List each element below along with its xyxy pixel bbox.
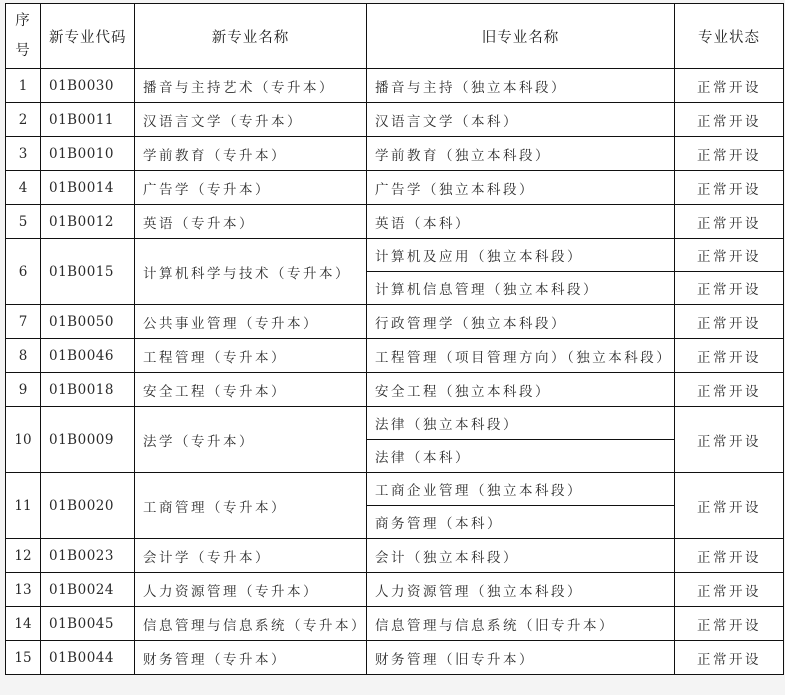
header-seq-line2: 号	[15, 43, 31, 59]
major-mapping-table-container: 序号 新专业代码 新专业名称 旧专业名称 专业状态 1 01B0030 播音与主…	[5, 3, 783, 675]
table-row: 14 01B0045 信息管理与信息系统（专升本） 信息管理与信息系统（旧专升本…	[6, 607, 784, 641]
table-row: 13 01B0024 人力资源管理（专升本） 人力资源管理（独立本科段） 正常开…	[6, 573, 784, 607]
cell-old-name: 学前教育（独立本科段）	[367, 137, 675, 171]
table-row: 3 01B0010 学前教育（专升本） 学前教育（独立本科段） 正常开设	[6, 137, 784, 171]
cell-status: 正常开设	[675, 69, 784, 103]
header-seq-line1: 序	[15, 13, 31, 29]
cell-status: 正常开设	[675, 305, 784, 339]
cell-code: 01B0014	[41, 171, 135, 205]
cell-status: 正常开设	[675, 171, 784, 205]
cell-code: 01B0050	[41, 305, 135, 339]
cell-seq: 14	[6, 607, 41, 641]
cell-old-name: 信息管理与信息系统（旧专升本）	[367, 607, 675, 641]
cell-code: 01B0046	[41, 339, 135, 373]
cell-code: 01B0044	[41, 641, 135, 675]
table-row: 4 01B0014 广告学（专升本） 广告学（独立本科段） 正常开设	[6, 171, 784, 205]
cell-code: 01B0045	[41, 607, 135, 641]
cell-new-name: 工商管理（专升本）	[135, 473, 367, 539]
cell-code: 01B0020	[41, 473, 135, 539]
cell-new-name: 广告学（专升本）	[135, 171, 367, 205]
cell-old-name: 广告学（独立本科段）	[367, 171, 675, 205]
major-mapping-table: 序号 新专业代码 新专业名称 旧专业名称 专业状态 1 01B0030 播音与主…	[5, 3, 784, 675]
cell-seq: 10	[6, 407, 41, 473]
table-header-row: 序号 新专业代码 新专业名称 旧专业名称 专业状态	[6, 4, 784, 69]
cell-seq: 4	[6, 171, 41, 205]
cell-old-name: 财务管理（旧专升本）	[367, 641, 675, 675]
cell-code: 01B0030	[41, 69, 135, 103]
cell-status: 正常开设	[675, 407, 784, 473]
cell-seq: 6	[6, 239, 41, 305]
header-seq: 序号	[6, 4, 41, 69]
cell-new-name: 信息管理与信息系统（专升本）	[135, 607, 367, 641]
cell-seq: 7	[6, 305, 41, 339]
table-row: 1 01B0030 播音与主持艺术（专升本） 播音与主持（独立本科段） 正常开设	[6, 69, 784, 103]
cell-code: 01B0012	[41, 205, 135, 239]
cell-code: 01B0015	[41, 239, 135, 305]
cell-old-name: 安全工程（独立本科段）	[367, 373, 675, 407]
cell-status: 正常开设	[675, 473, 784, 539]
table-row: 6 01B0015 计算机科学与技术（专升本） 计算机及应用（独立本科段） 正常…	[6, 239, 784, 272]
table-row: 10 01B0009 法学（专升本） 法律（独立本科段） 正常开设	[6, 407, 784, 440]
cell-old-name: 法律（本科）	[367, 440, 675, 473]
cell-new-name: 财务管理（专升本）	[135, 641, 367, 675]
cell-new-name: 法学（专升本）	[135, 407, 367, 473]
table-row: 15 01B0044 财务管理（专升本） 财务管理（旧专升本） 正常开设	[6, 641, 784, 675]
cell-code: 01B0009	[41, 407, 135, 473]
cell-new-name: 会计学（专升本）	[135, 539, 367, 573]
cell-status: 正常开设	[675, 339, 784, 373]
cell-new-name: 学前教育（专升本）	[135, 137, 367, 171]
cell-new-name: 工程管理（专升本）	[135, 339, 367, 373]
table-row: 12 01B0023 会计学（专升本） 会计（独立本科段） 正常开设	[6, 539, 784, 573]
cell-code: 01B0010	[41, 137, 135, 171]
cell-old-name: 工程管理（项目管理方向）（独立本科段）	[367, 339, 675, 373]
cell-seq: 11	[6, 473, 41, 539]
cell-status: 正常开设	[675, 539, 784, 573]
cell-old-name: 会计（独立本科段）	[367, 539, 675, 573]
cell-seq: 2	[6, 103, 41, 137]
table-row: 9 01B0018 安全工程（专升本） 安全工程（独立本科段） 正常开设	[6, 373, 784, 407]
header-new-code: 新专业代码	[41, 4, 135, 69]
cell-status: 正常开设	[675, 607, 784, 641]
cell-old-name: 英语（本科）	[367, 205, 675, 239]
cell-old-name: 计算机及应用（独立本科段）	[367, 239, 675, 272]
cell-seq: 12	[6, 539, 41, 573]
cell-new-name: 播音与主持艺术（专升本）	[135, 69, 367, 103]
header-new-name: 新专业名称	[135, 4, 367, 69]
cell-status: 正常开设	[675, 573, 784, 607]
cell-seq: 8	[6, 339, 41, 373]
cell-old-name: 计算机信息管理（独立本科段）	[367, 272, 675, 305]
cell-code: 01B0011	[41, 103, 135, 137]
cell-status: 正常开设	[675, 103, 784, 137]
header-status: 专业状态	[675, 4, 784, 69]
cell-new-name: 人力资源管理（专升本）	[135, 573, 367, 607]
cell-new-name: 英语（专升本）	[135, 205, 367, 239]
cell-old-name: 法律（独立本科段）	[367, 407, 675, 440]
cell-old-name: 工商企业管理（独立本科段）	[367, 473, 675, 506]
cell-seq: 15	[6, 641, 41, 675]
cell-old-name: 播音与主持（独立本科段）	[367, 69, 675, 103]
header-old-name: 旧专业名称	[367, 4, 675, 69]
cell-code: 01B0024	[41, 573, 135, 607]
cell-seq: 3	[6, 137, 41, 171]
cell-old-name: 人力资源管理（独立本科段）	[367, 573, 675, 607]
cell-new-name: 公共事业管理（专升本）	[135, 305, 367, 339]
cell-code: 01B0023	[41, 539, 135, 573]
table-row: 2 01B0011 汉语言文学（专升本） 汉语言文学（本科） 正常开设	[6, 103, 784, 137]
cell-status: 正常开设	[675, 641, 784, 675]
table-row: 7 01B0050 公共事业管理（专升本） 行政管理学（独立本科段） 正常开设	[6, 305, 784, 339]
cell-seq: 5	[6, 205, 41, 239]
cell-status: 正常开设	[675, 137, 784, 171]
cell-seq: 9	[6, 373, 41, 407]
table-row: 8 01B0046 工程管理（专升本） 工程管理（项目管理方向）（独立本科段） …	[6, 339, 784, 373]
cell-seq: 1	[6, 69, 41, 103]
cell-code: 01B0018	[41, 373, 135, 407]
cell-old-name: 商务管理（本科）	[367, 506, 675, 539]
cell-new-name: 汉语言文学（专升本）	[135, 103, 367, 137]
cell-new-name: 计算机科学与技术（专升本）	[135, 239, 367, 305]
cell-status: 正常开设	[675, 272, 784, 305]
table-row: 5 01B0012 英语（专升本） 英语（本科） 正常开设	[6, 205, 784, 239]
cell-old-name: 行政管理学（独立本科段）	[367, 305, 675, 339]
cell-status: 正常开设	[675, 373, 784, 407]
table-row: 11 01B0020 工商管理（专升本） 工商企业管理（独立本科段） 正常开设	[6, 473, 784, 506]
cell-seq: 13	[6, 573, 41, 607]
cell-old-name: 汉语言文学（本科）	[367, 103, 675, 137]
cell-status: 正常开设	[675, 205, 784, 239]
cell-status: 正常开设	[675, 239, 784, 272]
cell-new-name: 安全工程（专升本）	[135, 373, 367, 407]
